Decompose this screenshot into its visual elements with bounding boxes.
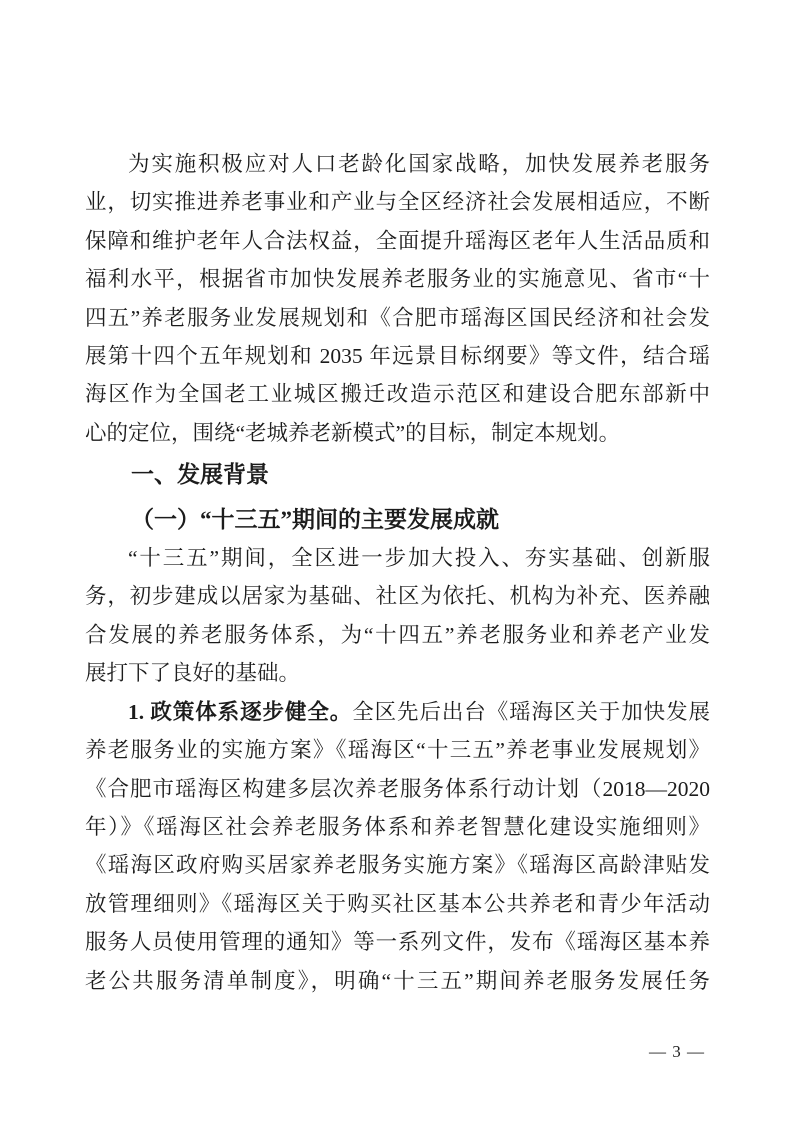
text-line: 服务人员使用管理的通知》等一系列文件，发布《瑶海区基本养 xyxy=(85,923,710,961)
text-line: 四五”养老服务业发展规划和《合肥市瑶海区国民经济和社会发 xyxy=(85,299,710,337)
text-line: 《合肥市瑶海区构建多层次养老服务体系行动计划（2018—2020 xyxy=(85,770,710,808)
text-line: 合发展的养老服务体系，为“十四五”养老服务业和养老产业发 xyxy=(85,616,710,654)
text-line: 《瑶海区政府购买居家养老服务实施方案》《瑶海区高龄津贴发 xyxy=(85,846,710,884)
document-page: 为实施积极应对人口老龄化国家战略，加快发展养老服务 业，切实推进养老事业和产业与… xyxy=(0,0,793,1122)
text-line: 心的定位，围绕“老城养老新模式”的目标，制定本规划。 xyxy=(85,414,710,452)
intro-paragraph: 为实施积极应对人口老龄化国家战略，加快发展养老服务 业，切实推进养老事业和产业与… xyxy=(85,145,710,452)
text-line: 福利水平，根据省市加快发展养老服务业的实施意见、省市“十 xyxy=(85,260,710,298)
text-line: 1. 政策体系逐步健全。全区先后出台《瑶海区关于加快发展 xyxy=(85,693,710,731)
text-line: 养老服务业的实施方案》《瑶海区“十三五”养老事业发展规划》 xyxy=(85,731,710,769)
text-line: “十三五”期间，全区进一步加大投入、夯实基础、创新服 xyxy=(85,539,710,577)
policy-first-line-rest: 全区先后出台《瑶海区关于加快发展 xyxy=(352,700,710,724)
text-line: 务，初步建成以居家为基础、社区为依托、机构为补充、医养融 xyxy=(85,577,710,615)
text-line: 展第十四个五年规划和 2035 年远景目标纲要》等文件，结合瑶 xyxy=(85,337,710,375)
text-line: 老公共服务清单制度》，明确“十三五”期间养老服务发展任务 xyxy=(85,962,710,1000)
policy-paragraph: 1. 政策体系逐步健全。全区先后出台《瑶海区关于加快发展 养老服务业的实施方案》… xyxy=(85,693,710,1000)
text-line: 保障和维护老年人合法权益，全面提升瑶海区老年人生活品质和 xyxy=(85,222,710,260)
text-line: 年）》《瑶海区社会养老服务体系和养老智慧化建设实施细则》 xyxy=(85,808,710,846)
text-line: 放管理细则》《瑶海区关于购买社区基本公共养老和青少年活动 xyxy=(85,885,710,923)
text-line: 为实施积极应对人口老龄化国家战略，加快发展养老服务 xyxy=(85,145,710,183)
section-heading: 一、发展背景 xyxy=(85,455,710,493)
page-body: 为实施积极应对人口老龄化国家战略，加快发展养老服务 业，切实推进养老事业和产业与… xyxy=(85,145,710,1000)
achievements-paragraph: “十三五”期间，全区进一步加大投入、夯实基础、创新服 务，初步建成以居家为基础、… xyxy=(85,539,710,693)
page-number: — 3 — xyxy=(649,1042,705,1062)
text-line: 业，切实推进养老事业和产业与全区经济社会发展相适应，不断 xyxy=(85,183,710,221)
subsection-heading: （一）“十三五”期间的主要发展成就 xyxy=(85,501,710,539)
text-line: 展打下了良好的基础。 xyxy=(85,654,710,692)
policy-lead-bold: 1. 政策体系逐步健全。 xyxy=(128,700,352,724)
text-line: 海区作为全国老工业城区搬迁改造示范区和建设合肥东部新中 xyxy=(85,375,710,413)
